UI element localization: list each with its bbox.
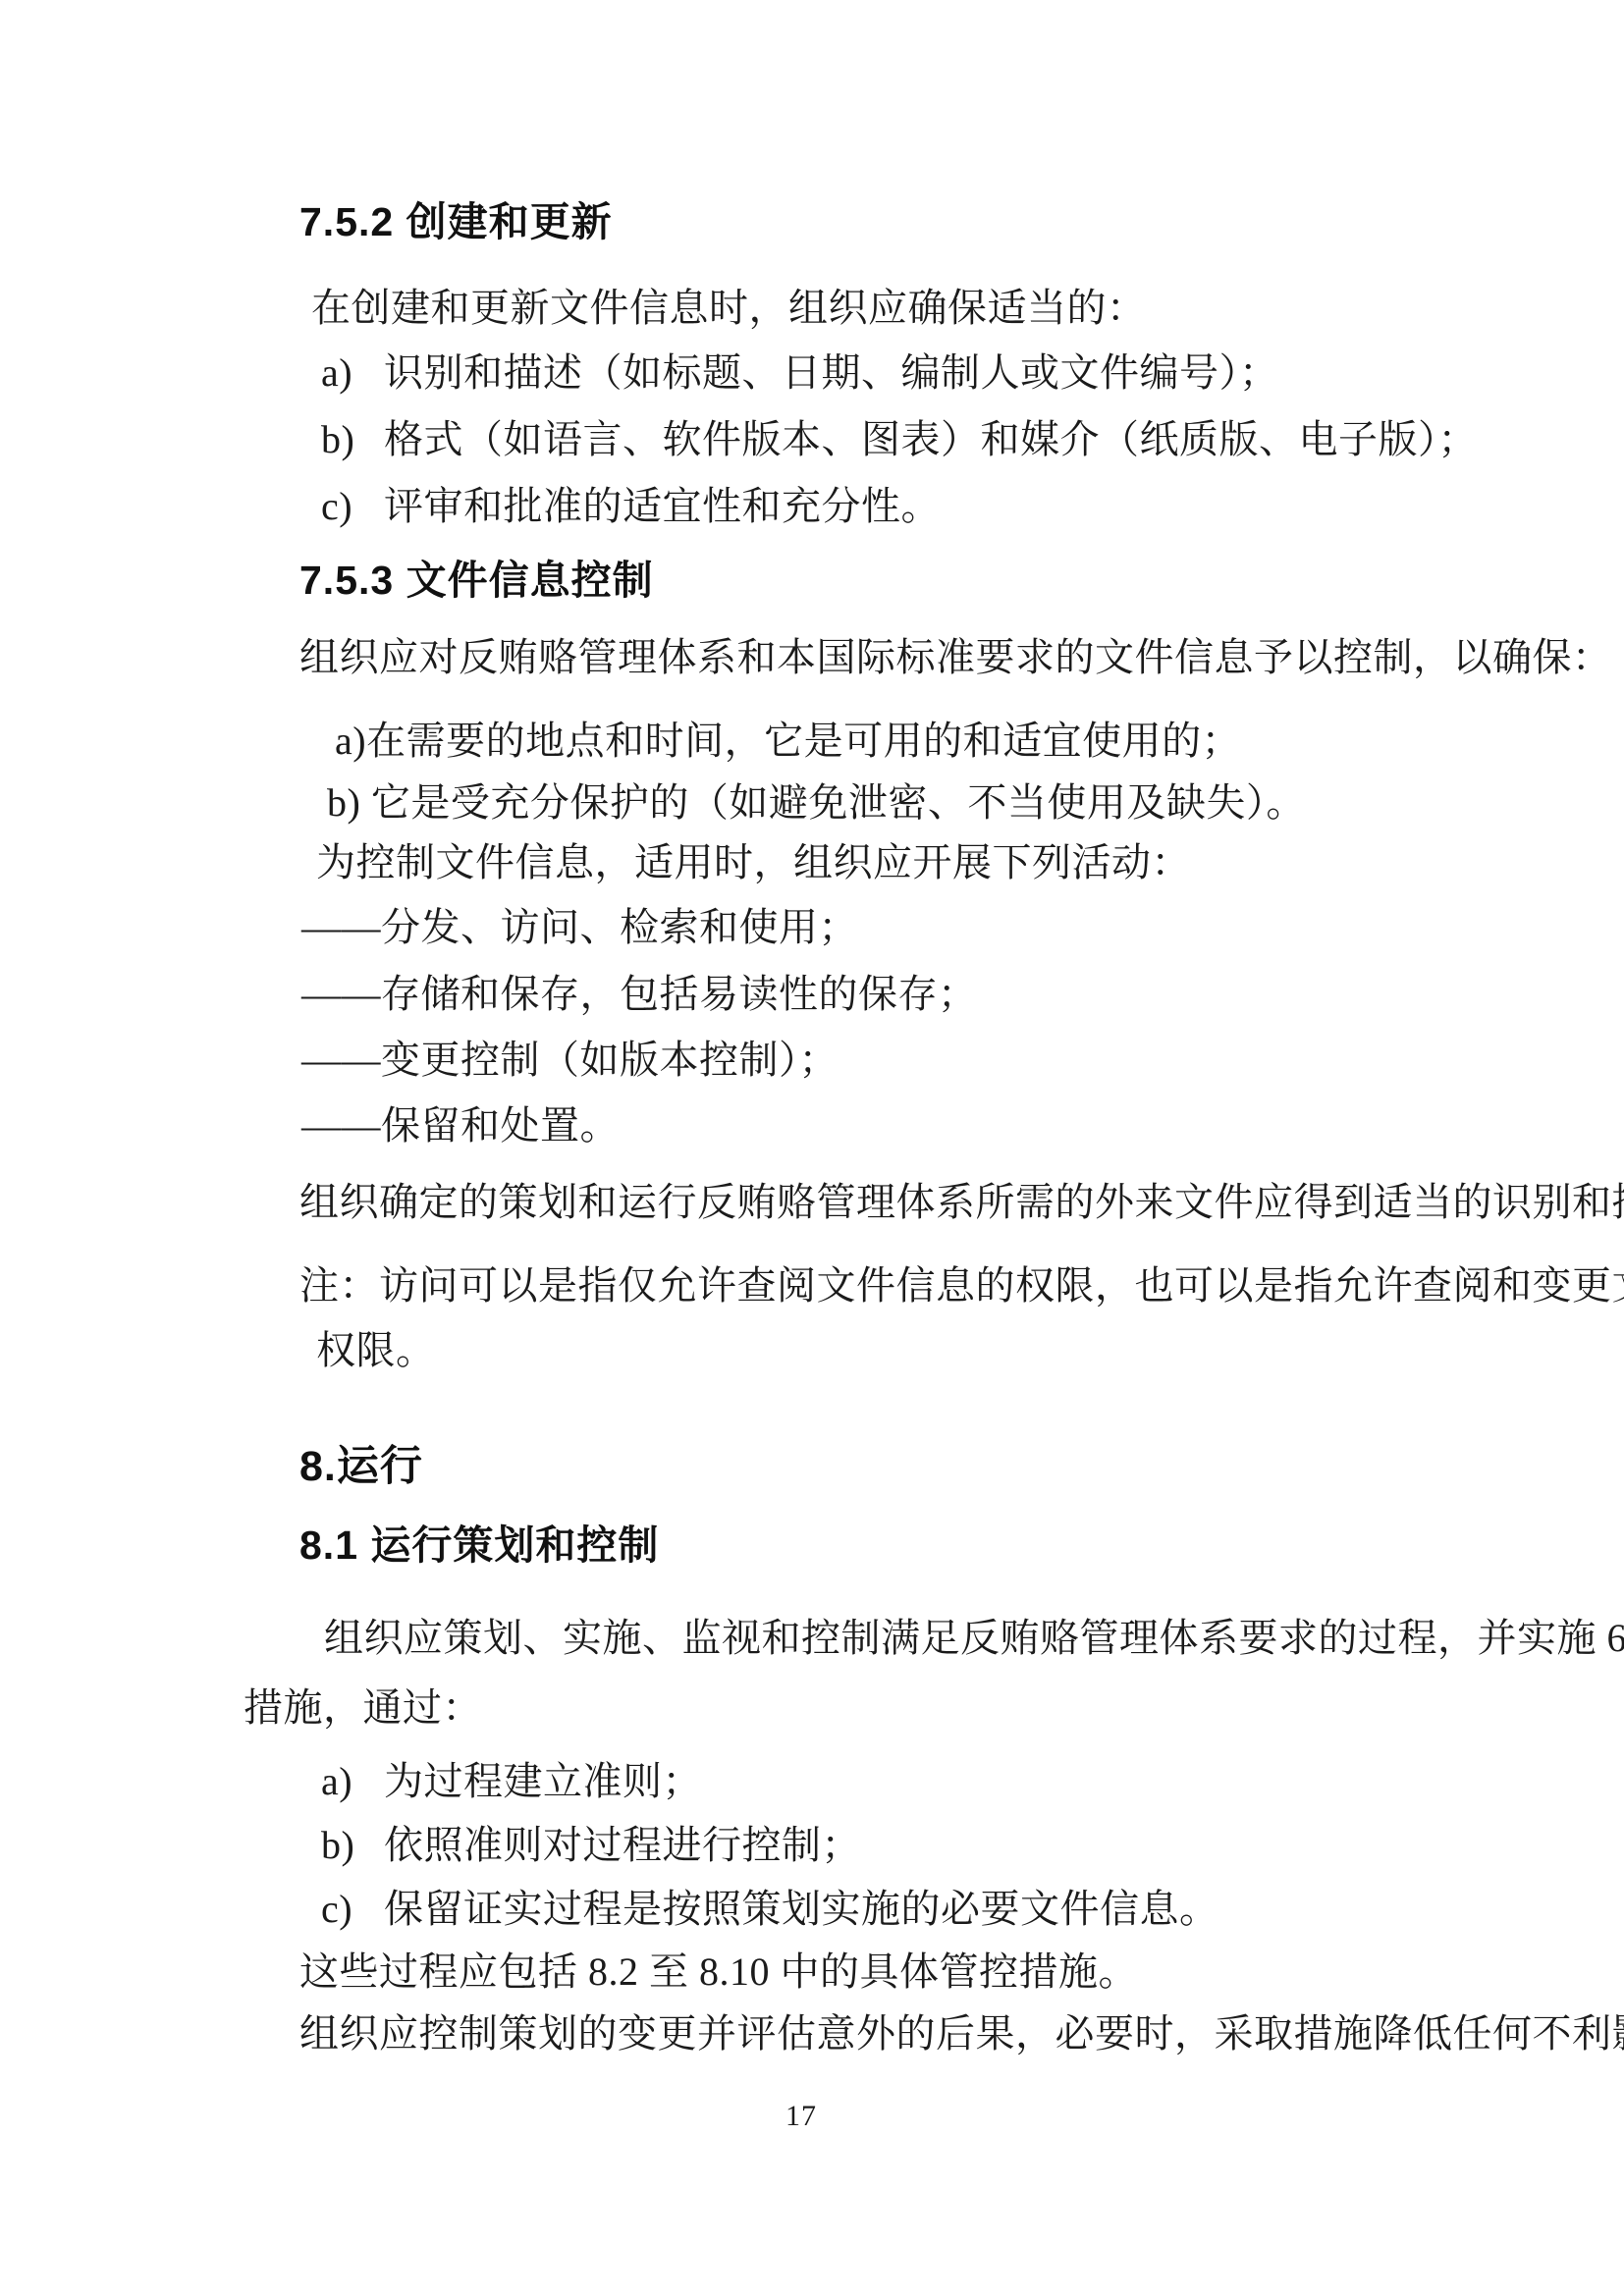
external-documents-paragraph: 组织确定的策划和运行反贿赂管理体系所需的外来文件应得到适当的识别和控制。 xyxy=(299,1180,1624,1225)
list-marker: a) xyxy=(321,1759,384,1804)
list-item-a: a) 识别和描述（如标题、日期、编制人或文件编号）； xyxy=(321,350,1279,396)
paragraph-8-1-line-2: 措施，通过： xyxy=(244,1685,482,1731)
list-item-a: a) 为过程建立准则； xyxy=(321,1759,702,1804)
list-marker: c) xyxy=(321,484,384,529)
section-heading-8: 8.运行 xyxy=(299,1443,423,1491)
scope-note-paragraph: 这些过程应包括 8.2 至 8.10 中的具体管控措施。 xyxy=(299,1949,1138,1995)
note-line-1: 注：访问可以是指仅允许查阅文件信息的权限，也可以是指允许查阅和变更文件信息的 xyxy=(299,1263,1624,1308)
note-line-2: 权限。 xyxy=(316,1328,436,1373)
intro-paragraph-7-5-2: 在创建和更新文件信息时，组织应确保适当的： xyxy=(311,286,1147,331)
activities-lead-paragraph: 为控制文件信息，适用时，组织应开展下列活动： xyxy=(316,840,1191,885)
list-item-text: 评审和批准的适宜性和充分性。 xyxy=(384,484,941,529)
dash-item-storage: ——存储和保存，包括易读性的保存； xyxy=(301,972,978,1017)
list-marker: c) xyxy=(321,1887,384,1932)
dash-item-retention: ——保留和处置。 xyxy=(301,1103,620,1148)
sub-item-b: b) 它是受充分保护的（如避免泄密、不当使用及缺失）。 xyxy=(327,780,1306,826)
section-heading-7-5-3: 7.5.3 文件信息控制 xyxy=(299,558,654,604)
list-marker: b) xyxy=(321,417,384,462)
list-marker: a) xyxy=(321,350,384,396)
section-heading-7-5-2: 7.5.2 创建和更新 xyxy=(299,199,613,245)
list-item-b: b) 依照准则对过程进行控制； xyxy=(321,1823,861,1868)
list-item-text: 保留证实过程是按照策划实施的必要文件信息。 xyxy=(384,1887,1219,1932)
change-control-paragraph: 组织应控制策划的变更并评估意外的后果，必要时，采取措施降低任何不利影响。 xyxy=(299,2011,1624,2056)
section-heading-8-1: 8.1 运行策划和控制 xyxy=(299,1522,659,1569)
list-item-c: c) 评审和批准的适宜性和充分性。 xyxy=(321,484,941,529)
list-item-text: 格式（如语言、软件版本、图表）和媒介（纸质版、电子版）； xyxy=(384,417,1478,462)
intro-paragraph-7-5-3: 组织应对反贿赂管理体系和本国际标准要求的文件信息予以控制，以确保： xyxy=(299,635,1612,680)
list-marker: b) xyxy=(321,1823,384,1868)
page-number: 17 xyxy=(785,2100,817,2134)
list-item-text: 依照准则对过程进行控制； xyxy=(384,1823,861,1868)
document-page: 7.5.2 创建和更新 在创建和更新文件信息时，组织应确保适当的： a) 识别和… xyxy=(0,0,1624,2296)
list-item-c: c) 保留证实过程是按照策划实施的必要文件信息。 xyxy=(321,1887,1219,1932)
sub-item-a: a)在需要的地点和时间，它是可用的和适宜使用的； xyxy=(335,719,1241,764)
list-item-text: 为过程建立准则； xyxy=(384,1759,702,1804)
list-item-text: 识别和描述（如标题、日期、编制人或文件编号）； xyxy=(384,350,1279,396)
dash-item-distribution: ——分发、访问、检索和使用； xyxy=(301,905,858,950)
dash-item-change-control: ——变更控制（如版本控制）； xyxy=(301,1038,839,1083)
paragraph-8-1-line-1: 组织应策划、实施、监视和控制满足反贿赂管理体系要求的过程，并实施 6.1 所确定… xyxy=(324,1616,1624,1661)
list-item-b: b) 格式（如语言、软件版本、图表）和媒介（纸质版、电子版）； xyxy=(321,417,1478,462)
